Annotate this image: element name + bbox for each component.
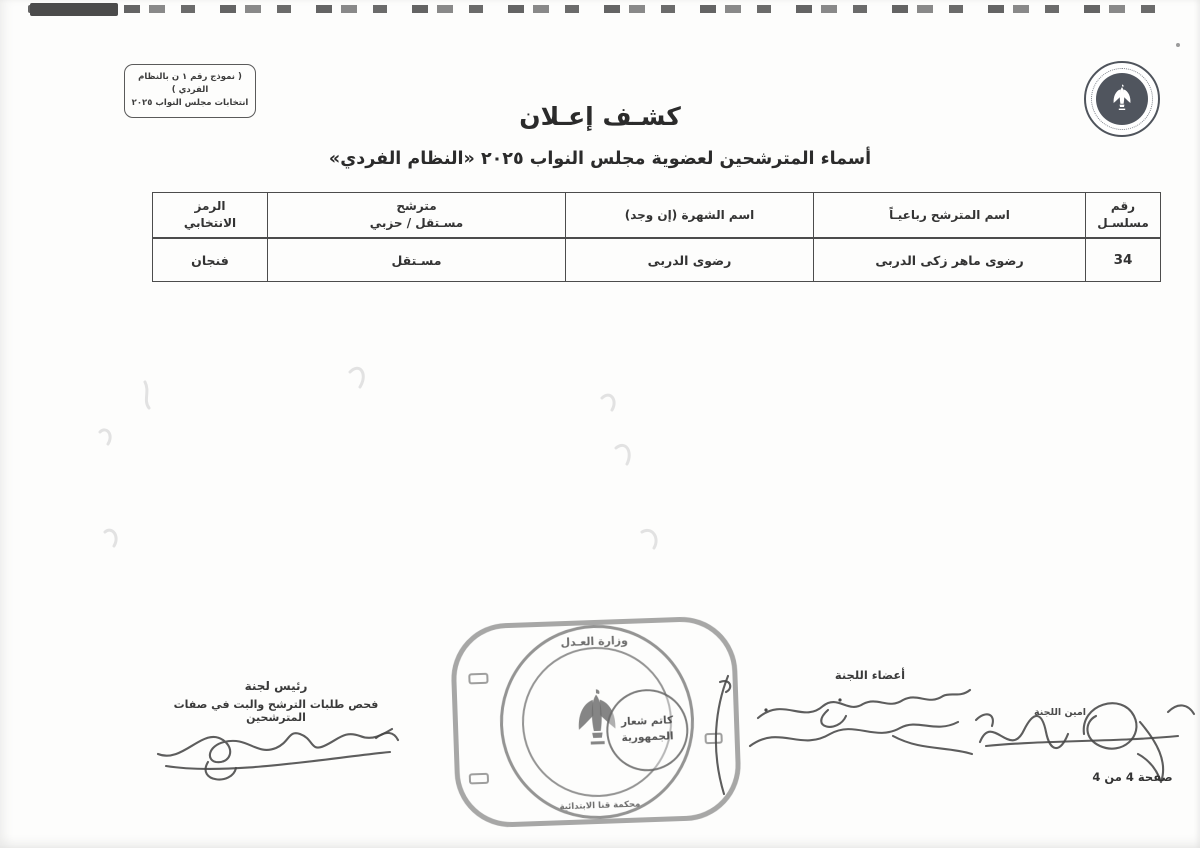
cell-known-as-name: رضوى الدربى — [566, 238, 814, 282]
chairman-title-line1: رئيس لجنة — [148, 679, 404, 693]
stamp-frame-slot — [468, 673, 488, 685]
mini-stamp-line2: الجمهورية — [621, 729, 674, 747]
page-title: كشـف إعـلان — [0, 102, 1200, 131]
table-header-row: رقم مسلسـل اسم المترشح رباعيـاً اسم الشه… — [153, 193, 1161, 239]
cell-electoral-symbol: فنجان — [153, 238, 268, 282]
header-known-as-name: اسم الشهرة (إن وجد) — [566, 193, 814, 239]
mini-stamp-line1: كاتم شعار — [621, 714, 674, 732]
scan-bleedthrough-marks — [50, 350, 700, 590]
header-serial-number: رقم مسلسـل — [1086, 193, 1161, 239]
candidates-table: رقم مسلسـل اسم المترشح رباعيـاً اسم الشه… — [152, 192, 1161, 282]
cell-serial-number: 34 — [1086, 238, 1161, 282]
cell-independent-or-party: مسـتقل — [268, 238, 566, 282]
form-number-line1: ( نموذج رقم ١ ن بالنظام الفردي ) — [128, 71, 252, 97]
page-number-indicator: صفحة 4 من 4 — [1080, 770, 1185, 784]
scan-artifact-top-block — [30, 3, 118, 16]
header-candidate-name: اسم المترشح رباعيـاً — [814, 193, 1086, 239]
committee-members-signatures — [688, 672, 984, 797]
chairman-signature — [148, 704, 406, 796]
table-row: 34 رضوى ماهر زكى الدربى رضوى الدربى مسـت… — [153, 238, 1161, 282]
header-electoral-symbol: الرمز الانتخابي — [153, 193, 268, 239]
stamp-frame-slot — [469, 773, 489, 785]
header-independent-or-party: مترشح مسـتقل / حزبي — [268, 193, 566, 239]
cell-candidate-name: رضوى ماهر زكى الدربى — [814, 238, 1086, 282]
page-subtitle: أسماء المترشحين لعضوية مجلس النواب ٢٠٢٥ … — [0, 149, 1200, 169]
scan-speck — [1176, 43, 1180, 47]
scan-artifact-top-dashes — [28, 5, 1178, 13]
scanned-document-page: ( نموذج رقم ١ ن بالنظام الفردي ) انتخابا… — [0, 0, 1200, 848]
